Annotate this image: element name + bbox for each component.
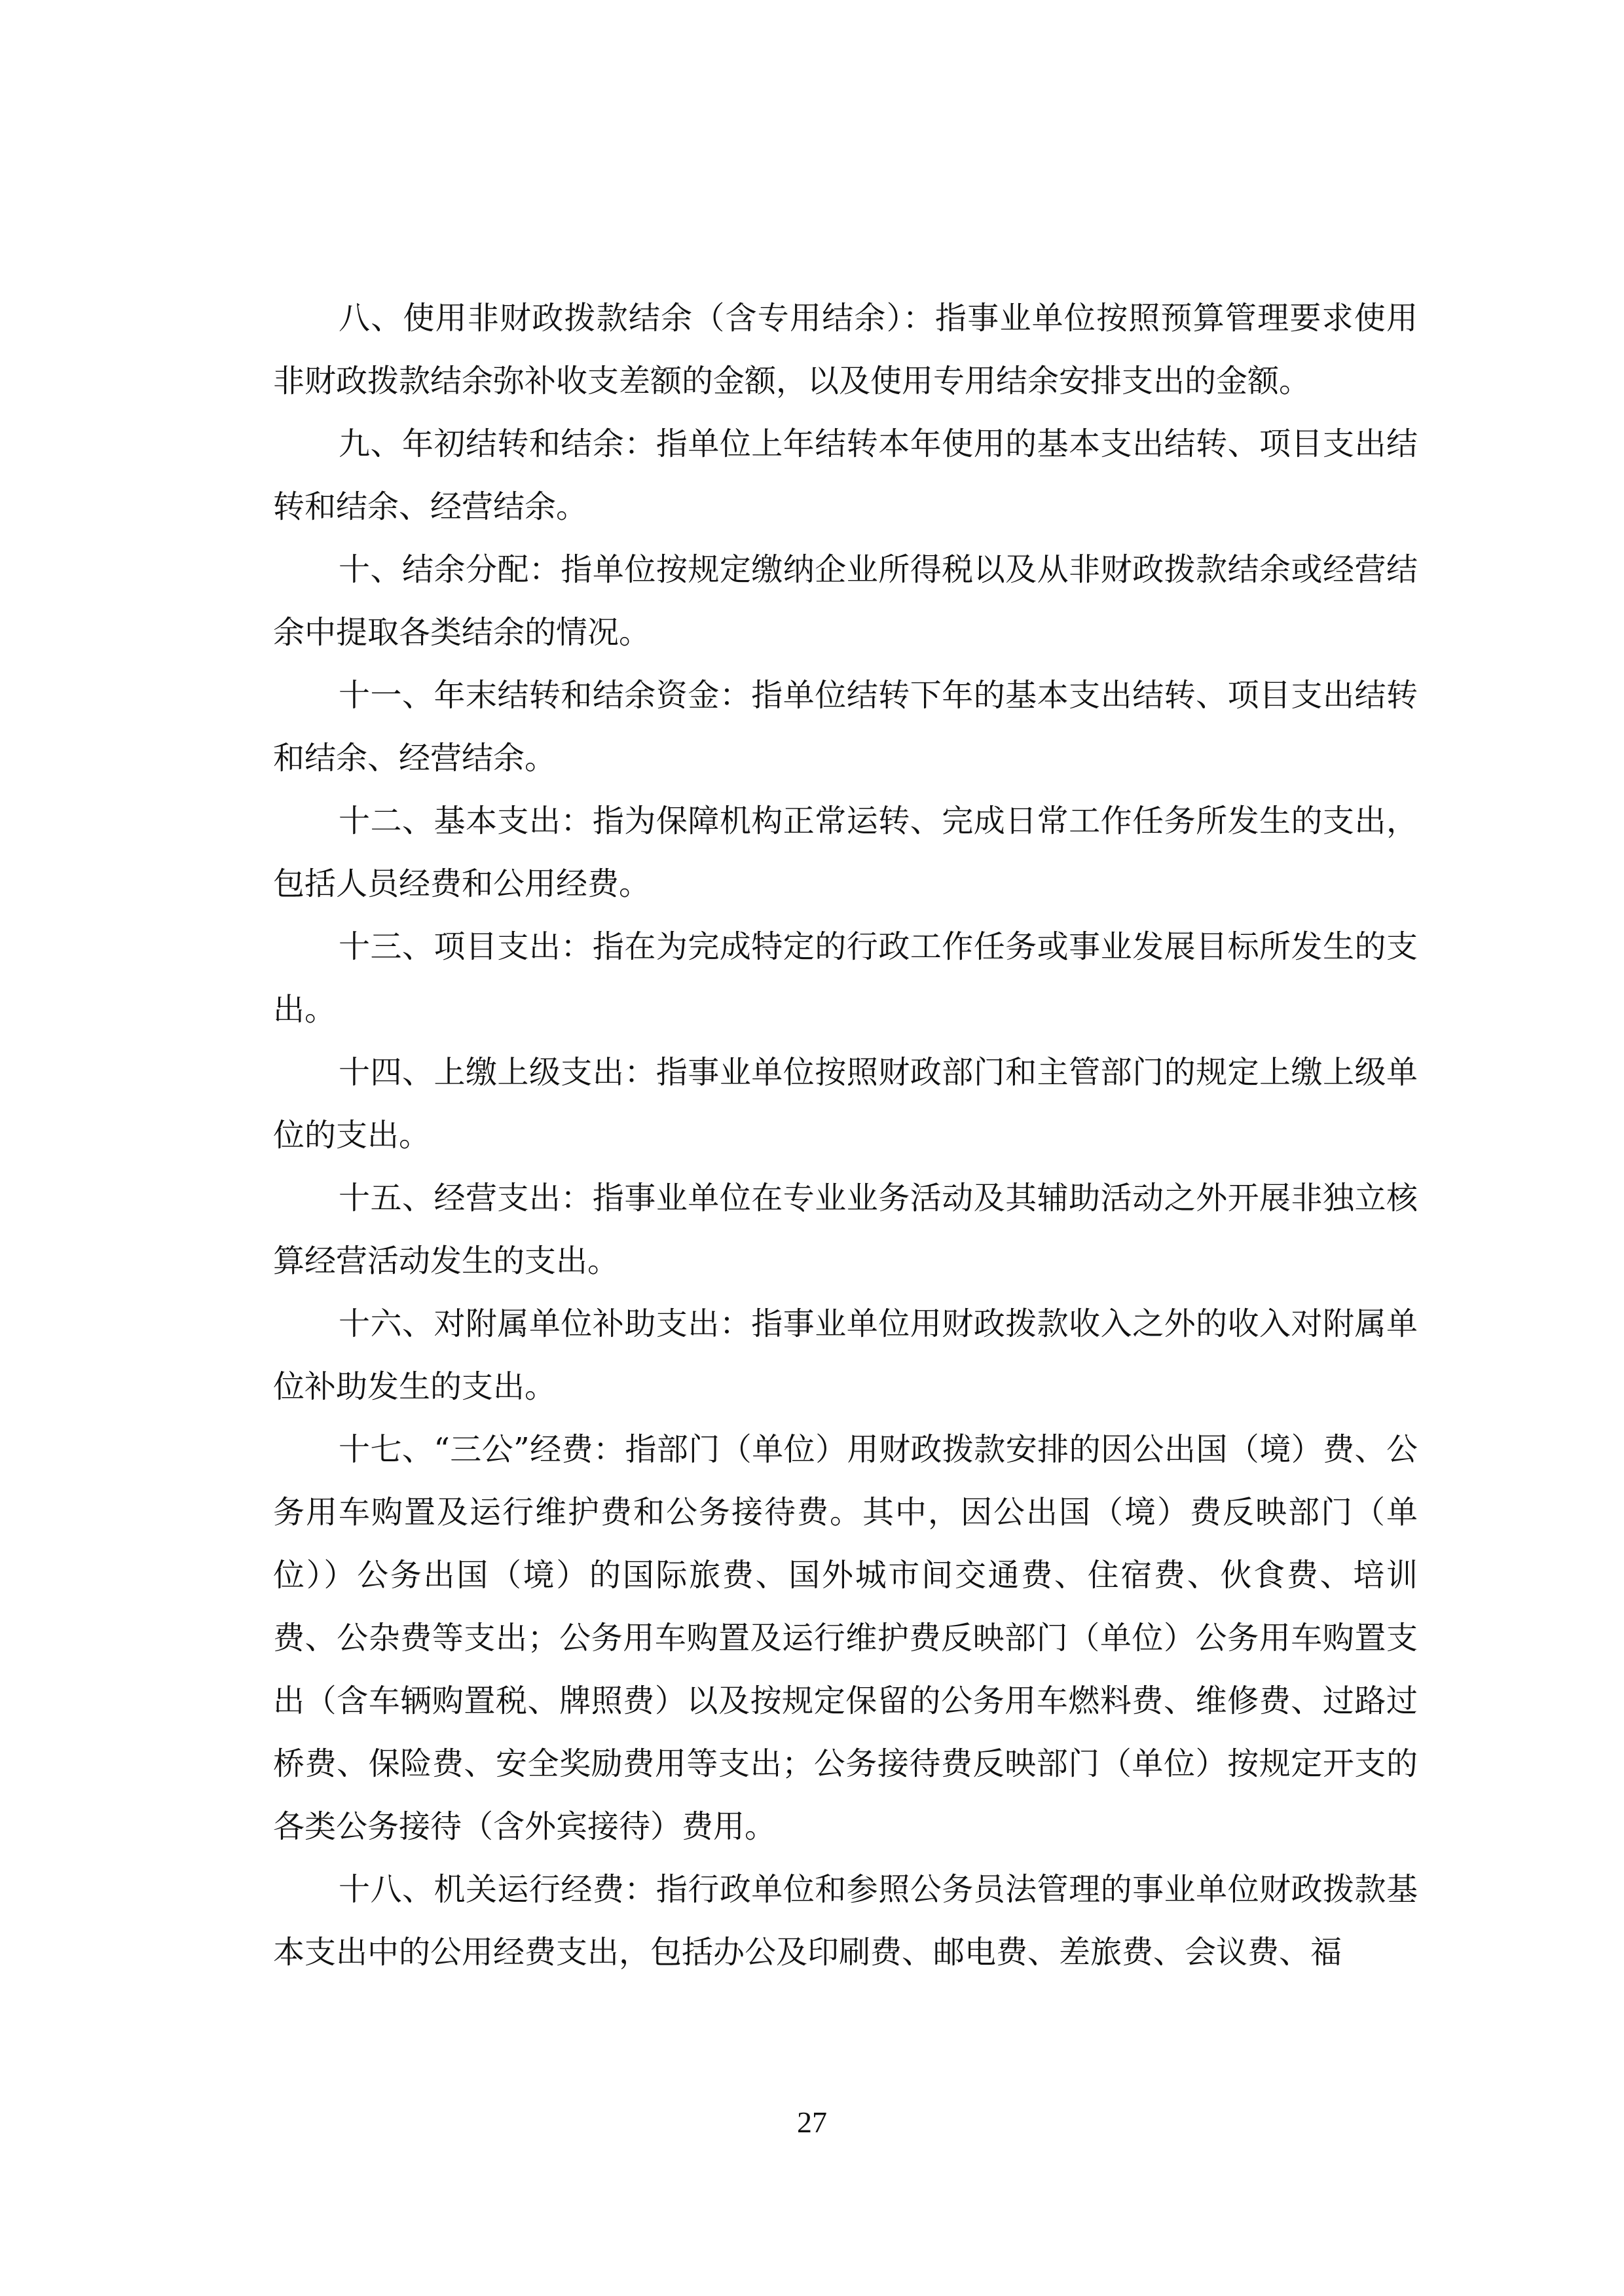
paragraph-9-beginning-carryover: 九、年初结转和结余：指单位上年结转本年使用的基本支出结转、项目支出结转和结余、经… [273, 412, 1418, 538]
paragraph-18-agency-operating-expenses: 十八、机关运行经费：指行政单位和参照公务员法管理的事业单位财政拨款基本支出中的公… [273, 1858, 1418, 1984]
paragraph-13-project-expenditure: 十三、项目支出：指在为完成特定的行政工作任务或事业发展目标所发生的支出。 [273, 915, 1418, 1041]
body-text: 八、使用非财政拨款结余（含专用结余）：指事业单位按照预算管理要求使用非财政拨款结… [273, 287, 1418, 1984]
paragraph-8-non-fiscal-surplus-use: 八、使用非财政拨款结余（含专用结余）：指事业单位按照预算管理要求使用非财政拨款结… [273, 287, 1418, 412]
paragraph-12-basic-expenditure: 十二、基本支出：指为保障机构正常运转、完成日常工作任务所发生的支出，包括人员经费… [273, 790, 1418, 915]
document-page: 八、使用非财政拨款结余（含专用结余）：指事业单位按照预算管理要求使用非财政拨款结… [0, 0, 1624, 2296]
paragraph-16-subsidiary-subsidy: 十六、对附属单位补助支出：指事业单位用财政拨款收入之外的收入对附属单位补助发生的… [273, 1292, 1418, 1418]
page-number: 27 [0, 2104, 1624, 2141]
paragraph-14-remittance-to-superior: 十四、上缴上级支出：指事业单位按照财政部门和主管部门的规定上缴上级单位的支出。 [273, 1041, 1418, 1167]
paragraph-10-surplus-distribution: 十、结余分配：指单位按规定缴纳企业所得税以及从非财政拨款结余或经营结余中提取各类… [273, 538, 1418, 664]
paragraph-17-three-public-expenses: 十七、“三公”经费：指部门（单位）用财政拨款安排的因公出国（境）费、公务用车购置… [273, 1418, 1418, 1858]
paragraph-15-operating-expenditure: 十五、经营支出：指事业单位在专业业务活动及其辅助活动之外开展非独立核算经营活动发… [273, 1167, 1418, 1292]
paragraph-11-year-end-carryover: 十一、年末结转和结余资金：指单位结转下年的基本支出结转、项目支出结转和结余、经营… [273, 664, 1418, 790]
